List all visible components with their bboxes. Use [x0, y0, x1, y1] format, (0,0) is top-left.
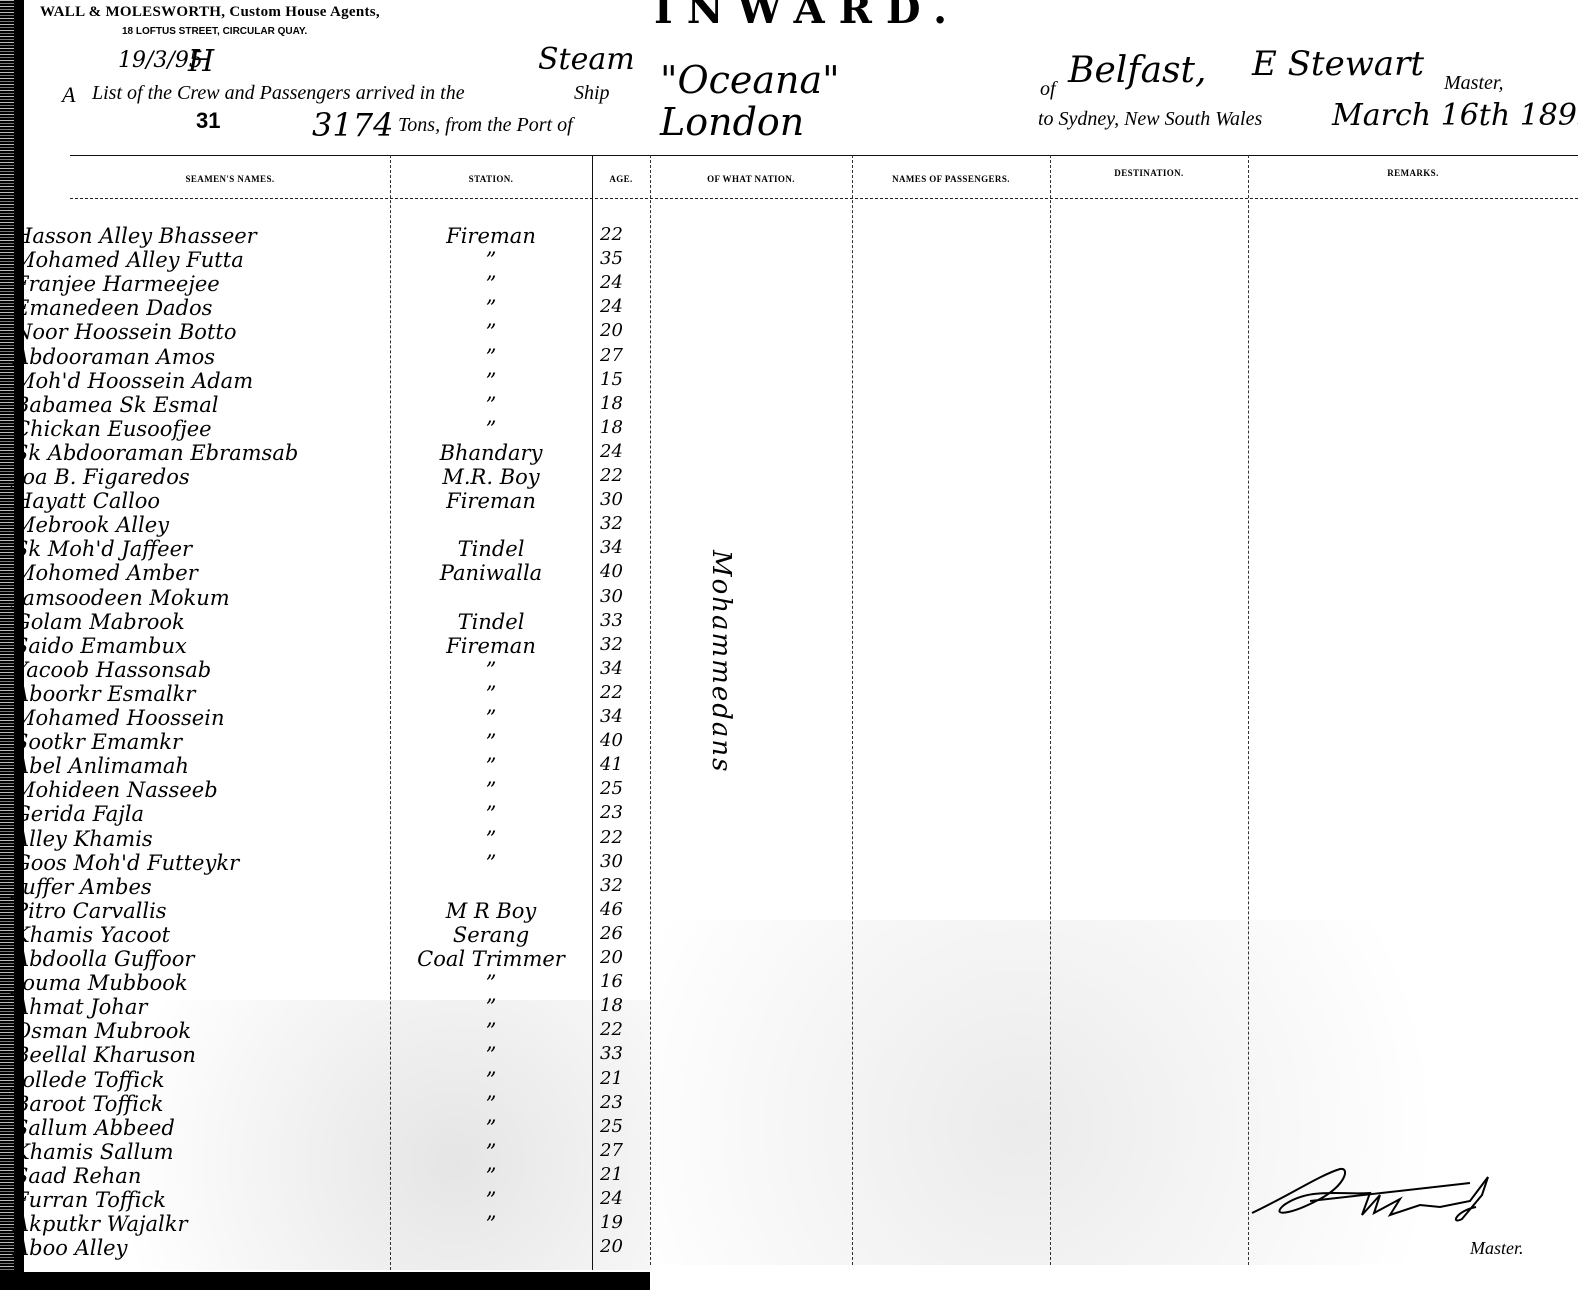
seaman-age: 41	[600, 754, 644, 775]
seaman-age: 24	[600, 441, 644, 462]
table-row: Sallum Abbeed”25	[0, 1116, 650, 1140]
tonnage: 3174	[312, 106, 393, 144]
table-row: Chickan Eusoofjee”18	[0, 417, 650, 441]
seaman-age: 22	[600, 224, 644, 245]
table-row: Gerida Fajla”23	[0, 802, 650, 826]
seaman-name: Aboo Alley	[14, 1236, 127, 1260]
seaman-age: 27	[600, 345, 644, 366]
seaman-name: Jamsoodeen Mokum	[14, 586, 230, 610]
port-of-departure: London	[660, 100, 804, 144]
seaman-station: Serang	[392, 923, 590, 947]
table-row: Jamsoodeen Mokum30	[0, 586, 650, 610]
table-row: Aboo Alley20	[0, 1236, 650, 1260]
table-row: Golam MabrookTindel33	[0, 610, 650, 634]
seaman-age: 22	[600, 682, 644, 703]
seaman-age: 25	[600, 778, 644, 799]
list-text: List of the Crew and Passengers arrived …	[92, 82, 465, 105]
seaman-name: Alley Khamis	[14, 827, 153, 851]
table-row: Hayatt CallooFireman30	[0, 489, 650, 513]
seaman-age: 24	[600, 1188, 644, 1209]
table-row: Mohamed Hoossein”34	[0, 706, 650, 730]
seaman-name: Abel Anlimamah	[14, 754, 189, 778]
arrival-date: March 16th 1895	[1332, 98, 1578, 133]
seaman-age: 34	[600, 537, 644, 558]
seaman-name: Sk Abdooraman Ebramsab	[14, 441, 298, 465]
table-row: Mohideen Nasseeb”25	[0, 778, 650, 802]
table-row: Alley Khamis”22	[0, 827, 650, 851]
table-row: Beellal Kharuson”33	[0, 1043, 650, 1067]
seaman-station: Bhandary	[392, 441, 590, 465]
table-row: Goos Moh'd Futteykr”30	[0, 851, 650, 875]
seaman-station: ”	[392, 778, 590, 802]
seaman-age: 40	[600, 561, 644, 582]
master-name: E Stewart	[1252, 44, 1424, 84]
seaman-station: M R Boy	[392, 899, 590, 923]
seaman-age: 15	[600, 369, 644, 390]
seaman-station: Tindel	[392, 537, 590, 561]
seaman-name: Saido Emambux	[14, 634, 187, 658]
seaman-name: Yacoob Hassonsab	[14, 658, 211, 682]
seaman-station: ”	[392, 706, 590, 730]
seaman-age: 24	[600, 296, 644, 317]
scan-edge-bottom	[0, 1272, 650, 1290]
seaman-age: 20	[600, 1236, 644, 1257]
table-header-rule	[70, 198, 1578, 199]
seaman-name: Aboorkr Esmalkr	[14, 682, 195, 706]
seaman-station: ”	[392, 971, 590, 995]
home-port: Belfast,	[1068, 50, 1206, 91]
seaman-name: Beellal Kharuson	[14, 1043, 196, 1067]
seaman-station: ”	[392, 1164, 590, 1188]
table-row: Sootkr Emamkr”40	[0, 730, 650, 754]
seaman-age: 34	[600, 706, 644, 727]
seaman-name: Moh'd Hoossein Adam	[14, 369, 253, 393]
table-row: Moh'd Hoossein Adam”15	[0, 369, 650, 393]
seaman-station: ”	[392, 827, 590, 851]
master-label: Master,	[1444, 72, 1503, 95]
table-row: Furran Toffick”24	[0, 1188, 650, 1212]
seaman-station: ”	[392, 658, 590, 682]
seaman-name: Abdooraman Amos	[14, 345, 215, 369]
table-row: Sk Moh'd JaffeerTindel34	[0, 537, 650, 561]
seaman-station: ”	[392, 730, 590, 754]
seaman-name: Abdoolla Guffoor	[14, 947, 194, 971]
seaman-name: Sootkr Emamkr	[14, 730, 182, 754]
table-row: Mohomed AmberPaniwalla40	[0, 561, 650, 585]
seaman-age: 27	[600, 1140, 644, 1161]
seaman-name: Khamis Yacoot	[14, 923, 170, 947]
seaman-station: ”	[392, 754, 590, 778]
seaman-name: Emanedeen Dados	[14, 296, 212, 320]
seaman-name: Osman Mubrook	[14, 1019, 191, 1043]
table-row: Juffer Ambes32	[0, 875, 650, 899]
seaman-age: 23	[600, 1092, 644, 1113]
seaman-age: 46	[600, 899, 644, 920]
table-row: Hasson Alley BhasseerFireman22	[0, 224, 650, 248]
table-row: Khamis YacootSerang26	[0, 923, 650, 947]
table-row: Yacoob Hassonsab”34	[0, 658, 650, 682]
seaman-name: Gerida Fajla	[14, 802, 144, 826]
seaman-name: Furran Toffick	[14, 1188, 166, 1212]
seaman-station: Coal Trimmer	[392, 947, 590, 971]
agent-address: 18 LOFTUS STREET, CIRCULAR QUAY.	[122, 26, 307, 37]
seaman-age: 32	[600, 513, 644, 534]
vessel-type: Steam	[538, 42, 635, 77]
seaman-age: 24	[600, 272, 644, 293]
seaman-station: ”	[392, 1068, 590, 1092]
seaman-name: Sallum Abbeed	[14, 1116, 175, 1140]
table-row: Akputkr Wajalkr”19	[0, 1212, 650, 1236]
seaman-name: Mebrook Alley	[14, 513, 169, 537]
column-header-destination: Destination.	[1050, 168, 1248, 178]
table-row: Jollede Toffick”21	[0, 1068, 650, 1092]
seaman-station: ”	[392, 296, 590, 320]
seaman-name: Mohamed Hoossein	[14, 706, 224, 730]
seaman-age: 30	[600, 851, 644, 872]
seaman-age: 22	[600, 465, 644, 486]
seaman-station: ”	[392, 1019, 590, 1043]
seaman-station: ”	[392, 417, 590, 441]
seaman-name: Jouma Mubbook	[14, 971, 188, 995]
seaman-name: Sk Moh'd Jaffeer	[14, 537, 192, 561]
of-label: of	[1040, 78, 1056, 101]
seaman-station: Fireman	[392, 224, 590, 248]
seaman-station: M.R. Boy	[392, 465, 590, 489]
seaman-name: Mohomed Amber	[14, 561, 198, 585]
table-row: Khamis Sallum”27	[0, 1140, 650, 1164]
seaman-station: ”	[392, 995, 590, 1019]
column-header-remarks: Remarks.	[1248, 168, 1578, 178]
table-row: Noor Hoossein Botto”20	[0, 320, 650, 344]
table-row: Emanedeen Dados”24	[0, 296, 650, 320]
seaman-age: 18	[600, 393, 644, 414]
ship-name: "Oceana"	[660, 58, 840, 102]
table-row: Ahmat Johar”18	[0, 995, 650, 1019]
seaman-name: Juffer Ambes	[14, 875, 152, 899]
seaman-age: 33	[600, 610, 644, 631]
seaman-age: 18	[600, 417, 644, 438]
seaman-name: Joa B. Figaredos	[14, 465, 190, 489]
agent-name: WALL & MOLESWORTH, Custom House Agents,	[40, 4, 380, 21]
seaman-age: 30	[600, 489, 644, 510]
table-row: Franjee Harmeejee”24	[0, 272, 650, 296]
seaman-station: ”	[392, 369, 590, 393]
nation-entry: Mohammedans	[706, 550, 736, 773]
seaman-age: 40	[600, 730, 644, 751]
seaman-name: Golam Mabrook	[14, 610, 185, 634]
seaman-name: Goos Moh'd Futteykr	[14, 851, 239, 875]
seaman-name: Mohideen Nasseeb	[14, 778, 218, 802]
table-row: Mebrook Alley32	[0, 513, 650, 537]
seaman-station: Paniwalla	[392, 561, 590, 585]
ship-label: Ship	[574, 82, 610, 105]
seaman-name: Mohamed Alley Futta	[14, 248, 244, 272]
table-row: Aboorkr Esmalkr”22	[0, 682, 650, 706]
seaman-station: ”	[392, 802, 590, 826]
seaman-age: 22	[600, 1019, 644, 1040]
seaman-age: 22	[600, 827, 644, 848]
seaman-age: 18	[600, 995, 644, 1016]
table-row: Mohamed Alley Futta”35	[0, 248, 650, 272]
seaman-age: 32	[600, 875, 644, 896]
seaman-age: 32	[600, 634, 644, 655]
table-row: Saad Rehan”21	[0, 1164, 650, 1188]
seaman-age: 25	[600, 1116, 644, 1137]
table-row: Sk Abdooraman EbramsabBhandary24	[0, 441, 650, 465]
table-row: Abdooraman Amos”27	[0, 345, 650, 369]
folio-number: 31	[196, 108, 220, 134]
seaman-age: 23	[600, 802, 644, 823]
seaman-name: Babamea Sk Esmal	[14, 393, 219, 417]
seaman-age: 20	[600, 320, 644, 341]
seaman-station: Tindel	[392, 610, 590, 634]
tons-from-label: Tons, from the Port of	[398, 114, 573, 137]
seaman-station: ”	[392, 345, 590, 369]
seaman-station: ”	[392, 272, 590, 296]
seaman-name: Pitro Carvallis	[14, 899, 167, 923]
stamp-initials: H	[188, 44, 214, 79]
destination-label: to Sydney, New South Wales	[1038, 108, 1262, 131]
seaman-name: Chickan Eusoofjee	[14, 417, 212, 441]
master-signature-icon	[1250, 1165, 1510, 1235]
seaman-name: Jollede Toffick	[14, 1068, 165, 1092]
seaman-station: ”	[392, 851, 590, 875]
seaman-station: ”	[392, 1043, 590, 1067]
footer-master-label: Master.	[1470, 1238, 1524, 1259]
seaman-name: Noor Hoossein Botto	[14, 320, 236, 344]
seaman-age: 34	[600, 658, 644, 679]
seaman-age: 35	[600, 248, 644, 269]
seaman-name: Franjee Harmeejee	[14, 272, 220, 296]
seaman-station: ”	[392, 1140, 590, 1164]
seaman-name: Khamis Sallum	[14, 1140, 174, 1164]
table-row: Osman Mubrook”22	[0, 1019, 650, 1043]
seaman-name: Saad Rehan	[14, 1164, 141, 1188]
document-title: INWARD.	[654, 0, 961, 33]
seaman-station: ”	[392, 248, 590, 272]
table-row: Babamea Sk Esmal”18	[0, 393, 650, 417]
seaman-station: Fireman	[392, 634, 590, 658]
column-header-station: Station.	[390, 174, 592, 184]
table-row: Saido EmambuxFireman32	[0, 634, 650, 658]
seaman-station: ”	[392, 393, 590, 417]
seaman-age: 21	[600, 1068, 644, 1089]
seaman-station: ”	[392, 320, 590, 344]
table-row: Baroot Toffick”23	[0, 1092, 650, 1116]
seaman-name: Ahmat Johar	[14, 995, 147, 1019]
table-row: Jouma Mubbook”16	[0, 971, 650, 995]
seaman-age: 33	[600, 1043, 644, 1064]
column-header-passengers: Names of Passengers.	[852, 174, 1050, 184]
seaman-station: Fireman	[392, 489, 590, 513]
seaman-age: 19	[600, 1212, 644, 1233]
seaman-station: ”	[392, 1116, 590, 1140]
seaman-name: Hasson Alley Bhasseer	[14, 224, 257, 248]
column-header-nation: Of What Nation.	[650, 174, 852, 184]
seaman-station: ”	[392, 1212, 590, 1236]
seaman-age: 26	[600, 923, 644, 944]
table-row: Pitro CarvallisM R Boy46	[0, 899, 650, 923]
seaman-name: Hayatt Calloo	[14, 489, 160, 513]
seaman-station: ”	[392, 682, 590, 706]
table-row: Abel Anlimamah”41	[0, 754, 650, 778]
seaman-name: Baroot Toffick	[14, 1092, 164, 1116]
seaman-age: 20	[600, 947, 644, 968]
seaman-age: 21	[600, 1164, 644, 1185]
seaman-station: ”	[392, 1092, 590, 1116]
table-row: Joa B. FigaredosM.R. Boy22	[0, 465, 650, 489]
list-prefix: A	[62, 82, 75, 108]
seaman-age: 16	[600, 971, 644, 992]
seaman-station: ”	[392, 1188, 590, 1212]
seaman-name: Akputkr Wajalkr	[14, 1212, 188, 1236]
column-header-age: Age.	[592, 174, 650, 184]
seaman-age: 30	[600, 586, 644, 607]
table-row: Abdoolla GuffoorCoal Trimmer20	[0, 947, 650, 971]
column-header-seamens-names: Seamen's Names.	[70, 174, 390, 184]
table-top-rule	[70, 155, 1578, 156]
